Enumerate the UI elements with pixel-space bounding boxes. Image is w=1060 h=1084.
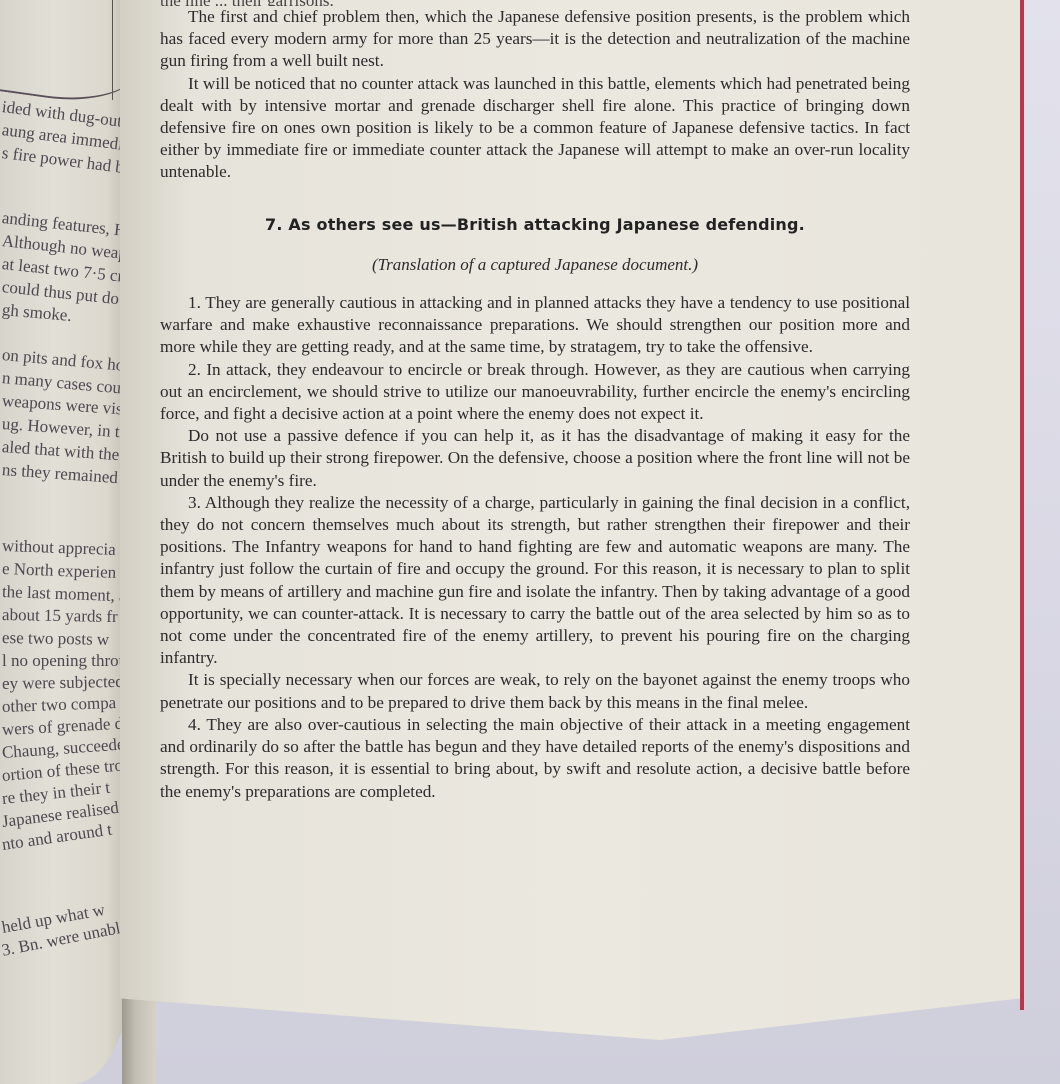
left-page-line: ns they remained xyxy=(1,460,118,488)
left-page-line: without apprecia xyxy=(2,536,116,560)
paragraph-point-3: 3. Although they realize the necessity o… xyxy=(160,492,910,670)
left-page-line: ese two posts w xyxy=(2,628,110,650)
left-page-line: about 15 yards fr xyxy=(2,605,118,627)
paragraph-no-counter-attack: It will be noticed that no counter attac… xyxy=(160,73,910,184)
paragraph-first-problem: The first and chief problem then, which … xyxy=(160,6,910,73)
paragraph-passive-defence: Do not use a passive defence if you can … xyxy=(160,425,910,492)
paragraph-point-2: 2. In attack, they endeavour to encircle… xyxy=(160,359,910,426)
page-content: the line ... their garrisons. The first … xyxy=(160,0,910,803)
paragraph-point-1: 1. They are generally cautious in attack… xyxy=(160,292,910,359)
left-page-line: gh smoke. xyxy=(1,300,72,326)
section-heading: 7. As others see us—British attacking Ja… xyxy=(160,214,910,236)
left-page-line: the last moment, a xyxy=(2,582,127,606)
left-facing-page: ided with dug-outs faung area immediats … xyxy=(0,0,132,1084)
left-page-line: l no opening throu xyxy=(2,651,127,671)
paragraph-bayonet: It is specially necessary when our force… xyxy=(160,669,910,713)
paragraph-point-4: 4. They are also over-cautious in select… xyxy=(160,714,910,803)
section-subheading: (Translation of a captured Japanese docu… xyxy=(160,254,910,276)
red-cover-edge xyxy=(1020,0,1024,1010)
left-page-line: other two compa xyxy=(2,693,117,717)
left-page-line: ey were subjected xyxy=(2,672,124,694)
left-page-line: e North experien xyxy=(2,559,117,583)
